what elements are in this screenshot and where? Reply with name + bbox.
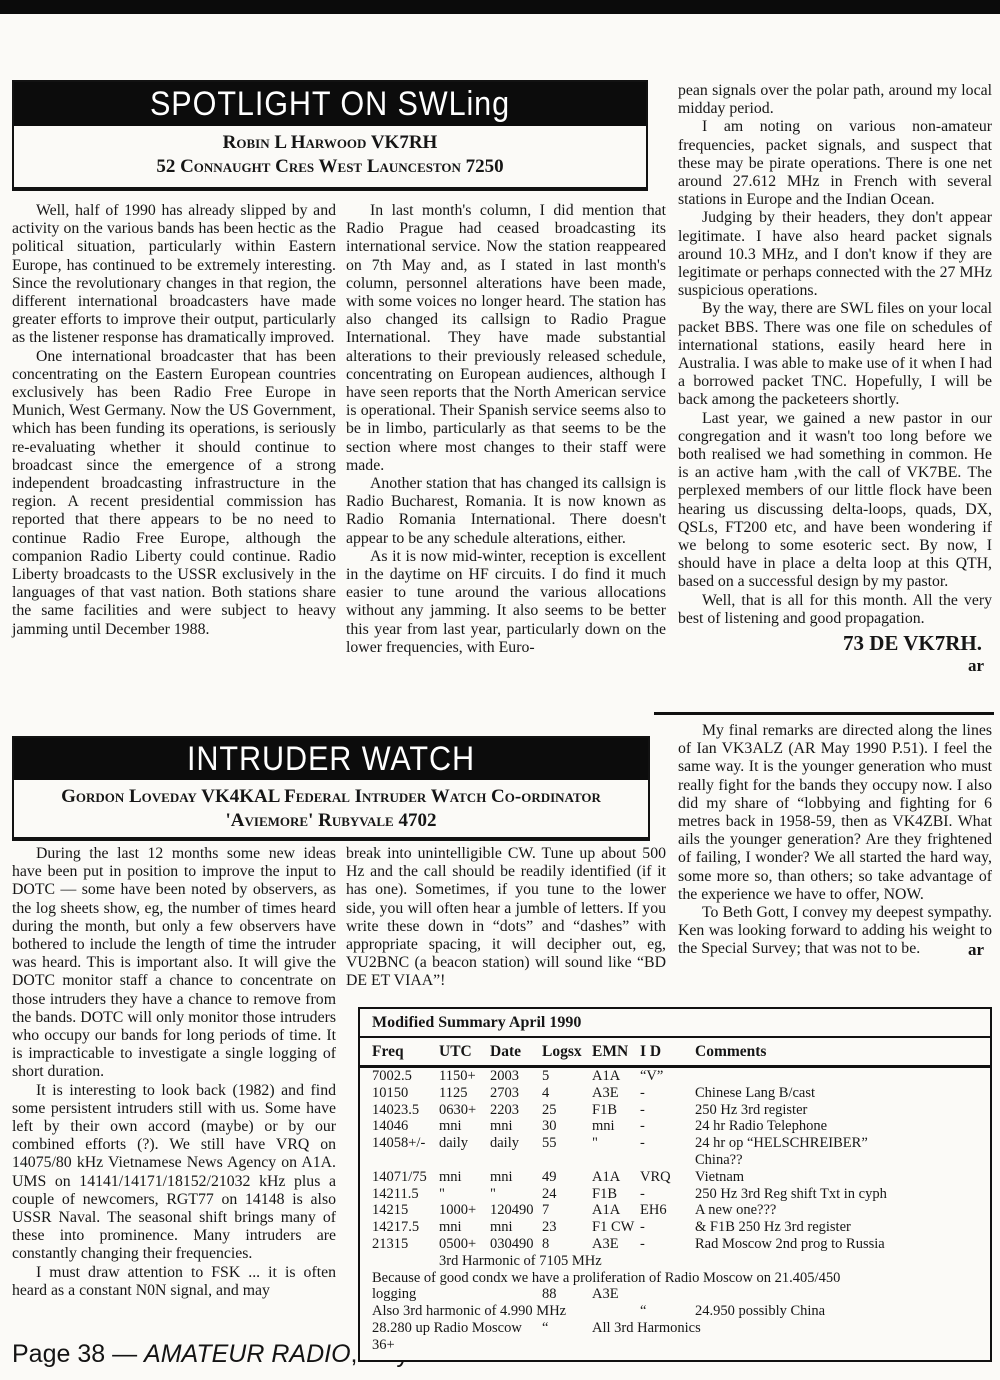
table-cell: 5 <box>542 1067 592 1085</box>
table-cell: 1150+ <box>439 1067 490 1085</box>
table-header-cell: I D <box>640 1038 695 1067</box>
table-cell: “ <box>640 1303 695 1320</box>
table-cell: mni <box>439 1118 490 1135</box>
table-row: logging88A3E <box>360 1286 990 1303</box>
table-cell: mni <box>490 1169 542 1186</box>
table-cell: All 3rd Harmonics <box>592 1320 990 1354</box>
spotlight-column-1: Well, half of 1990 has already slipped b… <box>12 202 336 639</box>
table-cell: 14071/75 <box>360 1169 439 1186</box>
table-cell: A1A <box>592 1202 640 1219</box>
table-header-cell: Logsx <box>542 1038 592 1067</box>
top-rule <box>0 0 1000 14</box>
footer-magazine-name: AMATEUR RADIO <box>144 1340 351 1368</box>
spotlight-signoff: 73 DE VK7RH. <box>678 631 992 656</box>
table-cell: 1000+ <box>439 1202 490 1219</box>
spotlight-column-3-text: pean signals over the polar path, around… <box>678 82 992 628</box>
table-cell: Vietnam <box>695 1169 990 1186</box>
paragraph: It is interesting to look back (1982) an… <box>12 1082 336 1264</box>
table-cell: 24 hr op “HELSCHREIBER” China?? <box>695 1135 990 1169</box>
table-row: 14058+/-dailydaily55"-24 hr op “HELSCHRE… <box>360 1135 990 1169</box>
table-cell: 23 <box>542 1219 592 1236</box>
table-cell: F1 CW <box>592 1219 640 1236</box>
paragraph: One international broadcaster that has b… <box>12 348 336 639</box>
table-cell: “ <box>542 1320 592 1354</box>
table-cell: logging <box>360 1286 439 1303</box>
table-row: 14217.5mnimni23F1 CW-& F1B 250 Hz 3rd re… <box>360 1219 990 1236</box>
table-cell: A1A <box>592 1067 640 1085</box>
table-cell <box>360 1253 439 1270</box>
table-row: 14211.5""24F1B-250 Hz 3rd Reg shift Txt … <box>360 1186 990 1203</box>
table-cell: 7 <box>542 1202 592 1219</box>
table-cell: 3rd Harmonic of 7105 MHz <box>439 1253 990 1270</box>
table-cell: " <box>439 1186 490 1203</box>
table-cell: mni <box>490 1219 542 1236</box>
table-cell <box>640 1286 695 1303</box>
table-cell: A1A <box>592 1169 640 1186</box>
table-row: 28.280 up Radio Moscow 36+“All 3rd Harmo… <box>360 1320 990 1354</box>
summary-table-body: 7002.51150+20035A1A“V”10150112527034A3E-… <box>360 1067 990 1354</box>
table-cell: - <box>640 1219 695 1236</box>
table-cell: 250 Hz 3rd Reg shift Txt in cyph <box>695 1186 990 1203</box>
table-cell: Chinese Lang B/cast <box>695 1085 990 1102</box>
table-cell: & F1B 250 Hz 3rd register <box>695 1219 990 1236</box>
table-cell: A3E <box>592 1236 640 1253</box>
summary-table-title: Modified Summary April 1990 <box>360 1009 990 1038</box>
magazine-page: SPOTLIGHT ON SWLing Robin L Harwood VK7R… <box>0 0 1000 1380</box>
table-header-cell: Date <box>490 1038 542 1067</box>
table-cell <box>592 1303 640 1320</box>
paragraph: By the way, there are SWL files on your … <box>678 300 992 409</box>
intruder-column-3: My final remarks are directed along the … <box>678 722 992 960</box>
paragraph: break into unintelligible CW. Tune up ab… <box>346 845 666 991</box>
spotlight-end-mark: ar <box>678 656 992 676</box>
table-cell: daily <box>439 1135 490 1169</box>
intruder-author: Gordon Loveday VK4KAL Federal Intruder W… <box>14 785 648 809</box>
paragraph: Last year, we gained a new pastor in our… <box>678 410 992 592</box>
table-row: Because of good condx we have a prolifer… <box>360 1270 990 1287</box>
table-header-cell: Comments <box>695 1038 990 1067</box>
article-divider-rule <box>654 712 994 715</box>
table-cell: 8 <box>542 1236 592 1253</box>
intruder-header-box: INTRUDER WATCH Gordon Loveday VK4KAL Fed… <box>12 736 650 841</box>
table-cell: A3E <box>592 1286 640 1303</box>
table-cell: F1B <box>592 1186 640 1203</box>
table-cell: 24 hr Radio Telephone <box>695 1118 990 1135</box>
spotlight-byline: Robin L Harwood VK7RH 52 Connaught Cres … <box>14 126 646 187</box>
table-row: 14023.50630+220325F1B-250 Hz 3rd registe… <box>360 1102 990 1119</box>
table-cell: 14058+/- <box>360 1135 439 1169</box>
paragraph: Well, half of 1990 has already slipped b… <box>12 202 336 348</box>
intruder-byline: Gordon Loveday VK4KAL Federal Intruder W… <box>14 780 648 837</box>
table-cell: 24 <box>542 1186 592 1203</box>
summary-table-header-row: FreqUTCDateLogsxEMNI DComments <box>360 1038 990 1067</box>
table-cell: 0500+ <box>439 1236 490 1253</box>
table-cell: 1125 <box>439 1085 490 1102</box>
table-cell: 55 <box>542 1135 592 1169</box>
table-cell: VRQ <box>640 1169 695 1186</box>
paragraph: Well, that is all for this month. All th… <box>678 592 992 628</box>
table-cell: - <box>640 1102 695 1119</box>
table-cell: mni <box>439 1219 490 1236</box>
table-cell: 7002.5 <box>360 1067 439 1085</box>
summary-table-box: Modified Summary April 1990 FreqUTCDateL… <box>358 1007 992 1362</box>
intruder-title: INTRUDER WATCH <box>187 740 475 779</box>
table-cell: 88 <box>542 1286 592 1303</box>
table-cell: " <box>592 1135 640 1169</box>
table-cell: mni <box>439 1169 490 1186</box>
table-cell: mni <box>592 1118 640 1135</box>
table-header-cell: EMN <box>592 1038 640 1067</box>
table-cell: 250 Hz 3rd register <box>695 1102 990 1119</box>
table-cell: 30 <box>542 1118 592 1135</box>
paragraph: pean signals over the polar path, around… <box>678 82 992 118</box>
table-cell: 0630+ <box>439 1102 490 1119</box>
table-cell: 21315 <box>360 1236 439 1253</box>
table-cell: - <box>640 1118 695 1135</box>
table-row: Also 3rd harmonic of 4.990 MHz“24.950 po… <box>360 1303 990 1320</box>
table-row: 7002.51150+20035A1A“V” <box>360 1067 990 1085</box>
table-cell: 14023.5 <box>360 1102 439 1119</box>
table-cell <box>439 1286 490 1303</box>
table-cell: 030490 <box>490 1236 542 1253</box>
table-cell: Also 3rd harmonic of 4.990 MHz <box>360 1303 592 1320</box>
paragraph: My final remarks are directed along the … <box>678 722 992 904</box>
table-cell: - <box>640 1135 695 1169</box>
intruder-address: 'Aviemore' Rubyvale 4702 <box>14 809 648 833</box>
table-cell: 2203 <box>490 1102 542 1119</box>
spotlight-column-2: In last month's column, I did mention th… <box>346 202 666 657</box>
paragraph: Judging by their headers, they don't app… <box>678 209 992 300</box>
table-cell: 14215 <box>360 1202 439 1219</box>
table-cell: 4 <box>542 1085 592 1102</box>
paragraph: Another station that has changed its cal… <box>346 475 666 548</box>
spotlight-author: Robin L Harwood VK7RH <box>14 131 646 155</box>
spotlight-title-bar: SPOTLIGHT ON SWLing <box>14 82 646 126</box>
table-cell <box>695 1067 990 1085</box>
table-cell: 10150 <box>360 1085 439 1102</box>
table-cell: F1B <box>592 1102 640 1119</box>
intruder-column-3-text: My final remarks are directed along the … <box>678 722 992 959</box>
footer-page-number: Page 38 — <box>12 1340 144 1368</box>
table-row: 14071/75mnimni49A1AVRQVietnam <box>360 1169 990 1186</box>
table-cell: 120490 <box>490 1202 542 1219</box>
table-header-cell: UTC <box>439 1038 490 1067</box>
table-cell <box>490 1286 542 1303</box>
table-cell: A new one??? <box>695 1202 990 1219</box>
paragraph: I am noting on various non-amateur frequ… <box>678 118 992 209</box>
spotlight-column-3: pean signals over the polar path, around… <box>678 82 992 676</box>
table-cell: 28.280 up Radio Moscow 36+ <box>360 1320 542 1354</box>
paragraph: As it is now mid-winter, reception is ex… <box>346 548 666 657</box>
spotlight-header-box: SPOTLIGHT ON SWLing Robin L Harwood VK7R… <box>12 80 648 191</box>
table-cell: 14046 <box>360 1118 439 1135</box>
intruder-column-2: break into unintelligible CW. Tune up ab… <box>346 845 666 991</box>
table-cell: 2003 <box>490 1067 542 1085</box>
table-row: 213150500+0304908A3E-Rad Moscow 2nd prog… <box>360 1236 990 1253</box>
table-cell: Rad Moscow 2nd prog to Russia <box>695 1236 990 1253</box>
spotlight-address: 52 Connaught Cres West Launceston 7250 <box>14 155 646 179</box>
table-cell: 25 <box>542 1102 592 1119</box>
table-cell: 2703 <box>490 1085 542 1102</box>
table-cell: mni <box>490 1118 542 1135</box>
table-header-cell: Freq <box>360 1038 439 1067</box>
table-cell: daily <box>490 1135 542 1169</box>
spotlight-title: SPOTLIGHT ON SWLing <box>150 85 510 124</box>
table-cell: " <box>490 1186 542 1203</box>
table-cell: 14217.5 <box>360 1219 439 1236</box>
table-row: 3rd Harmonic of 7105 MHz <box>360 1253 990 1270</box>
paragraph: I must draw attention to FSK ... it is o… <box>12 1264 336 1300</box>
table-cell: “V” <box>640 1067 695 1085</box>
table-cell: EH6 <box>640 1202 695 1219</box>
table-cell: Because of good condx we have a prolifer… <box>360 1270 990 1287</box>
table-cell: - <box>640 1085 695 1102</box>
table-cell <box>695 1286 990 1303</box>
table-cell: - <box>640 1186 695 1203</box>
table-cell: - <box>640 1236 695 1253</box>
intruder-column-1: During the last 12 months some new ideas… <box>12 845 336 1300</box>
summary-table: FreqUTCDateLogsxEMNI DComments 7002.5115… <box>360 1038 990 1354</box>
table-row: 10150112527034A3E-Chinese Lang B/cast <box>360 1085 990 1102</box>
table-row: 14046mnimni30mni-24 hr Radio Telephone <box>360 1118 990 1135</box>
table-cell: 49 <box>542 1169 592 1186</box>
table-cell: A3E <box>592 1085 640 1102</box>
paragraph: In last month's column, I did mention th… <box>346 202 666 475</box>
table-cell: 14211.5 <box>360 1186 439 1203</box>
table-cell: 24.950 possibly China <box>695 1303 990 1320</box>
table-row: 142151000+1204907A1AEH6A new one??? <box>360 1202 990 1219</box>
paragraph: During the last 12 months some new ideas… <box>12 845 336 1082</box>
intruder-title-bar: INTRUDER WATCH <box>14 738 648 780</box>
